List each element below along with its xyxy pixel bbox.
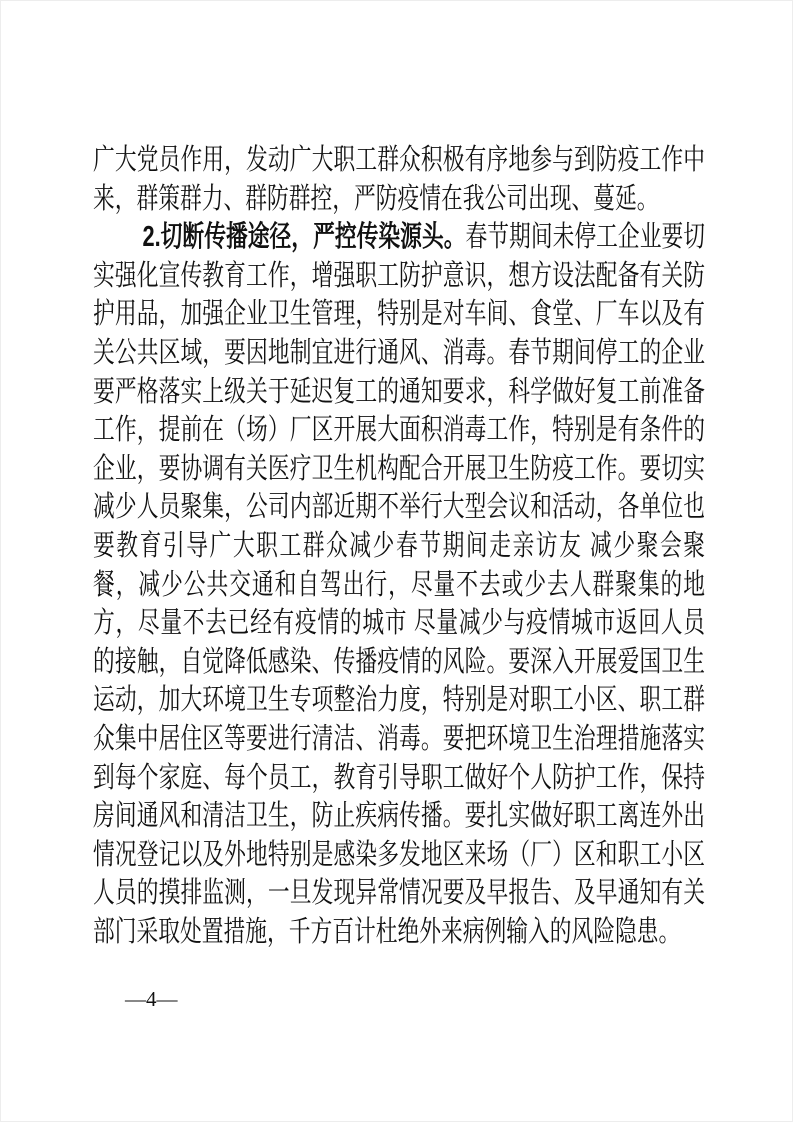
section-2-body-text: 春节期间未停工企业要切实强化宣传教育工作，增强职工防护意识，想方设法配备有关防护…: [93, 221, 705, 948]
body-paragraph-continuation: 广大党员作用，发动广大职工群众积极有序地参与到防疫工作中来，群策群力、群防群控，…: [93, 141, 705, 218]
section-2-heading: 2.切断传播途径，严控传染源头。: [143, 221, 466, 253]
document-page: 广大党员作用，发动广大职工群众积极有序地参与到防疫工作中来，群策群力、群防群控，…: [0, 0, 793, 1122]
page-number: —4—: [125, 987, 178, 1011]
body-paragraph-section-2: 2.切断传播途径，严控传染源头。春节期间未停工企业要切实强化宣传教育工作，增强职…: [93, 218, 705, 951]
document-body: 广大党员作用，发动广大职工群众积极有序地参与到防疫工作中来，群策群力、群防群控，…: [93, 141, 705, 951]
